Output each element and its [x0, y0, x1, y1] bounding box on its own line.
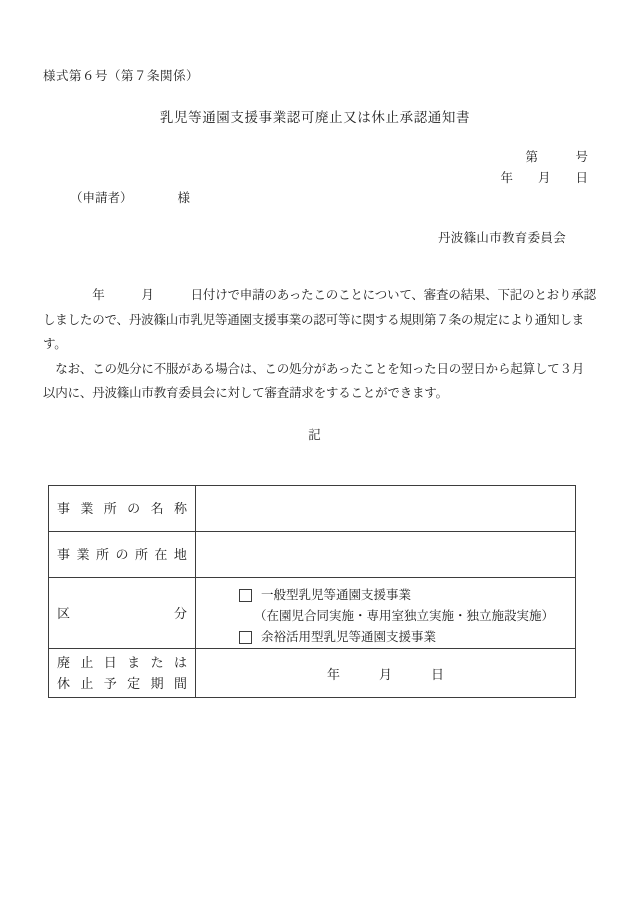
- body-line: しましたので、丹波篠山市乳児等通園支援事業の認可等に関する規則第７条の規定により…: [43, 308, 591, 333]
- issue-number-line: 第 号: [525, 147, 588, 165]
- abolition-date-value: 年 月 日: [196, 649, 575, 697]
- category-option-surplus-label: 余裕活用型乳児等通園支援事業: [261, 627, 436, 648]
- form-number: 様式第６号（第７条関係）: [43, 66, 199, 84]
- body-line: 年 月 日付けで申請のあったこのことについて、審査の結果、下記のとおり承認: [43, 283, 591, 308]
- business-address-label-cell: 事業所の所在地: [49, 532, 196, 577]
- table-row-abolition-date: 廃止日または 休止予定期間 年 月 日: [49, 648, 575, 697]
- issue-date-line: 年 月 日: [500, 168, 588, 186]
- business-address-value-cell: [196, 532, 575, 577]
- body-text: 年 月 日付けで申請のあったこのことについて、審査の結果、下記のとおり承認 しま…: [43, 283, 591, 406]
- table-row-category: 区分 一般型乳児等通園支援事業 （在園児合同実施・専用室独立実施・独立施設実施）…: [49, 577, 575, 648]
- checkbox-icon: [239, 589, 252, 602]
- abolition-date-label-cell: 廃止日または 休止予定期間: [49, 649, 196, 697]
- body-line: 以内に、丹波篠山市教育委員会に対して審査請求をすることができます。: [43, 381, 591, 406]
- business-name-label: 事業所の名称: [57, 498, 187, 519]
- record-marker: 記: [0, 425, 630, 443]
- business-name-value-cell: [196, 486, 575, 531]
- business-address-label: 事業所の所在地: [57, 544, 187, 565]
- info-table: 事業所の名称 事業所の所在地 区分 一般型乳児等通園支援事業 （在園児合同実施・: [48, 485, 576, 698]
- body-line: なお、この処分に不服がある場合は、この処分があったことを知った日の翌日から起算し…: [43, 357, 591, 382]
- category-option-general-label: 一般型乳児等通園支援事業: [261, 585, 411, 606]
- category-label: 区分: [57, 603, 187, 624]
- addressee-line: （申請者）様: [70, 188, 190, 206]
- category-option-surplus: 余裕活用型乳児等通園支援事業: [239, 627, 571, 648]
- abolition-date-label-line2: 休止予定期間: [57, 673, 187, 694]
- abolition-date-value-cell: 年 月 日: [196, 649, 575, 697]
- table-row-business-address: 事業所の所在地: [49, 531, 575, 577]
- addressee-label: （申請者）: [70, 191, 133, 205]
- document-page: 様式第６号（第７条関係） 乳児等通園支援事業認可廃止又は休止承認通知書 第 号 …: [0, 0, 630, 903]
- category-options: 一般型乳児等通園支援事業 （在園児合同実施・専用室独立実施・独立施設実施） 余裕…: [196, 578, 575, 648]
- abolition-date-label-line1: 廃止日または: [57, 652, 187, 673]
- checkbox-icon: [239, 631, 252, 644]
- issuer-name: 丹波篠山市教育委員会: [438, 228, 566, 246]
- addressee-honorific: 様: [178, 191, 191, 205]
- document-title: 乳児等通園支援事業認可廃止又は休止承認通知書: [0, 106, 630, 126]
- body-line: す。: [43, 332, 591, 357]
- category-option-general-note: （在園児合同実施・専用室独立実施・独立施設実施）: [239, 606, 571, 627]
- table-row-business-name: 事業所の名称: [49, 486, 575, 531]
- category-value-cell: 一般型乳児等通園支援事業 （在園児合同実施・専用室独立実施・独立施設実施） 余裕…: [196, 578, 575, 648]
- category-label-cell: 区分: [49, 578, 196, 648]
- category-option-general: 一般型乳児等通園支援事業: [239, 585, 571, 606]
- business-name-label-cell: 事業所の名称: [49, 486, 196, 531]
